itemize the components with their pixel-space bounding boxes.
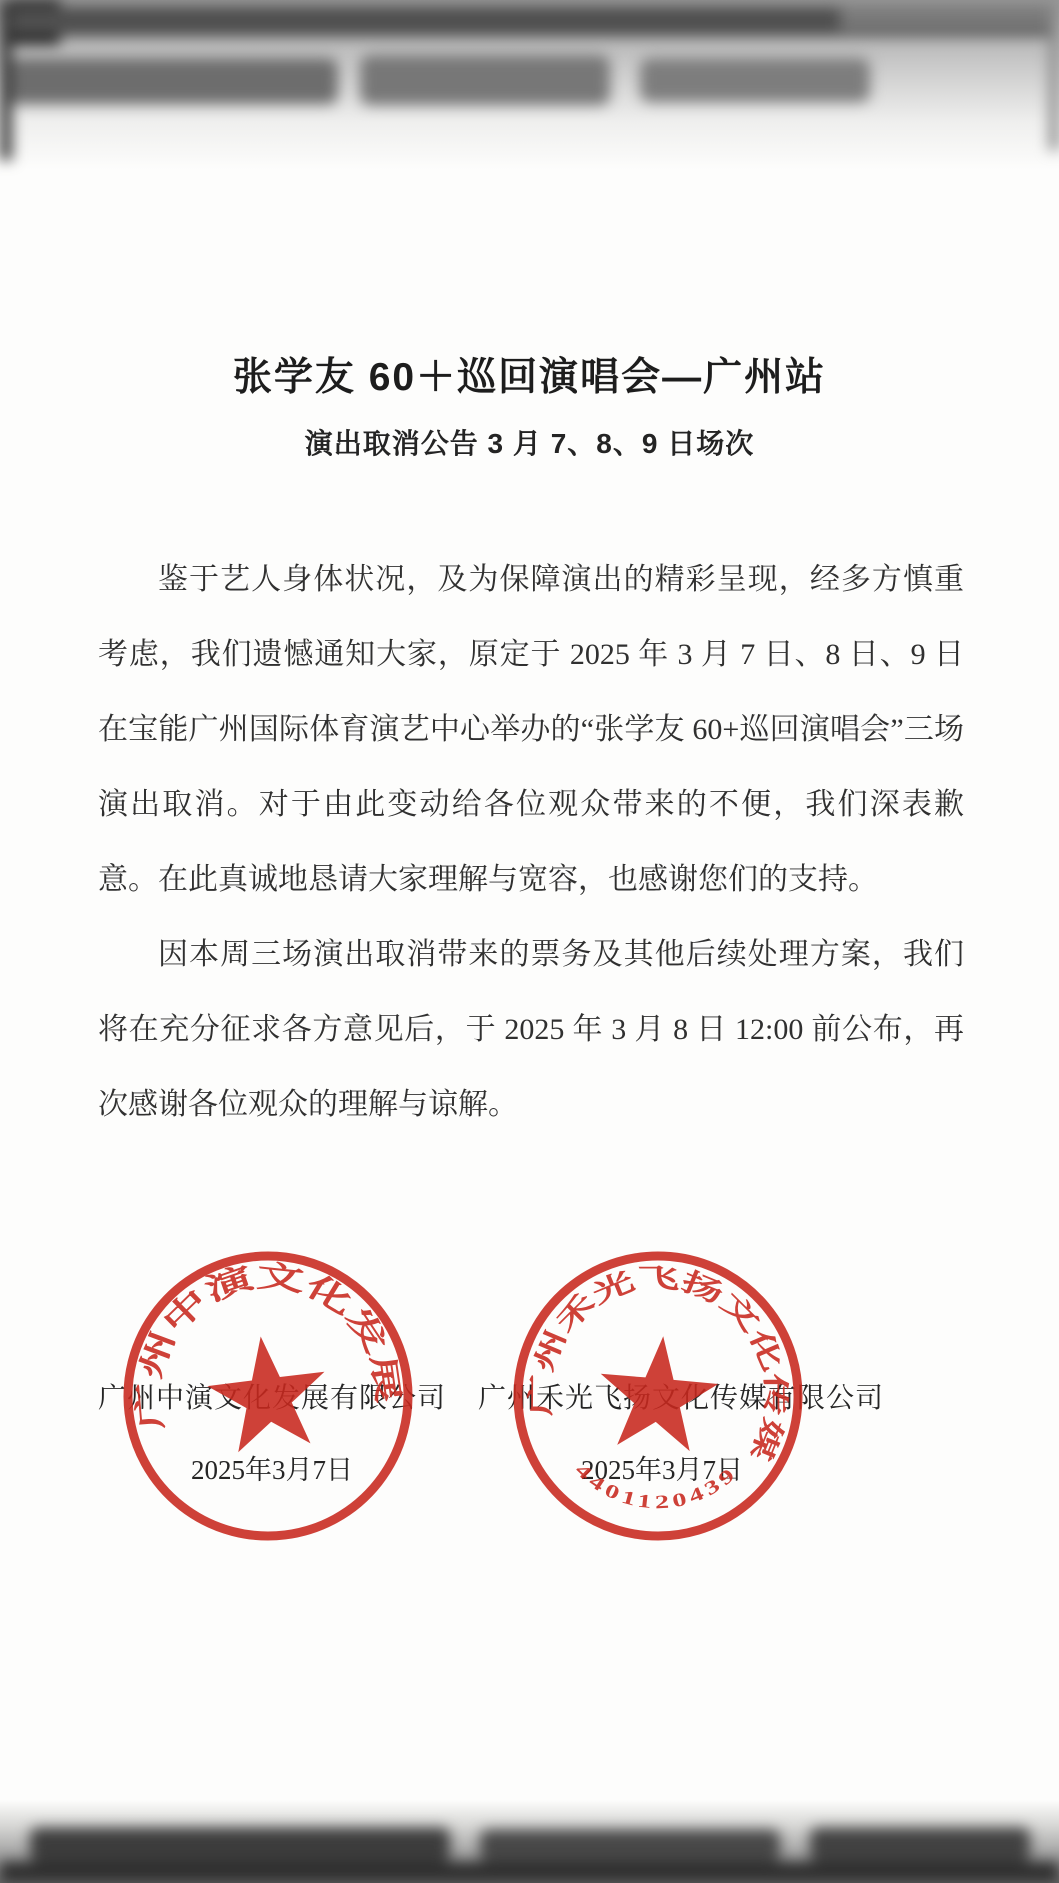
body-paragraph-1: 鉴于艺人身体状况，及为保障演出的精彩呈现，经多方慎重考虑，我们遗憾通知大家，原定… <box>98 542 964 917</box>
photo-bottom-blur-band <box>0 1800 1059 1883</box>
page-subtitle: 演出取消公告 3 月 7、8、9 日场次 <box>0 422 1059 462</box>
announcement-body: 鉴于艺人身体状况，及为保障演出的精彩呈现，经多方慎重考虑，我们遗憾通知大家，原定… <box>98 542 964 1142</box>
photo-left-edge <box>0 0 12 160</box>
seal-star-icon <box>595 1331 722 1453</box>
seal-ring-text: 广州禾光飞扬文化传媒有限公司 <box>495 1233 807 1465</box>
body-paragraph-2: 因本周三场演出取消带来的票务及其他后续处理方案，我们将在充分征求各方意见后，于 … <box>98 917 964 1142</box>
photographed-document: 张学友 60＋巡回演唱会—广州站 演出取消公告 3 月 7、8、9 日场次 鉴于… <box>0 0 1059 1883</box>
photo-bottom-ghost-text <box>30 1828 450 1862</box>
photo-top-blur-band <box>0 0 1059 170</box>
photo-top-ghost-text <box>8 58 338 104</box>
left-company-seal-stamp: 广州中演文化发展有限公司 <box>101 1229 435 1563</box>
photo-bottom-blur-layer <box>0 1800 1059 1883</box>
photo-bottom-ghost-text <box>480 1830 780 1862</box>
photo-top-ghost-text <box>640 58 870 102</box>
page-title: 张学友 60＋巡回演唱会—广州站 <box>0 346 1059 402</box>
svg-text:广州禾光飞扬文化传媒有限公司: 广州禾光飞扬文化传媒有限公司 <box>495 1233 807 1465</box>
photo-top-blur-layer <box>0 0 1059 170</box>
photo-top-dark-segment <box>840 4 1059 30</box>
seal-star-icon <box>202 1329 333 1455</box>
photo-top-ghost-text <box>360 55 610 105</box>
photo-right-edge <box>1049 0 1059 150</box>
photo-bottom-ghost-text <box>810 1828 1030 1862</box>
photo-bottom-dark-bar <box>0 1862 1059 1883</box>
right-company-seal-stamp: 广州禾光飞扬文化传媒有限公司 4401120439315 <box>495 1233 820 1558</box>
announcement-page: 张学友 60＋巡回演唱会—广州站 演出取消公告 3 月 7、8、9 日场次 鉴于… <box>0 160 1059 1805</box>
